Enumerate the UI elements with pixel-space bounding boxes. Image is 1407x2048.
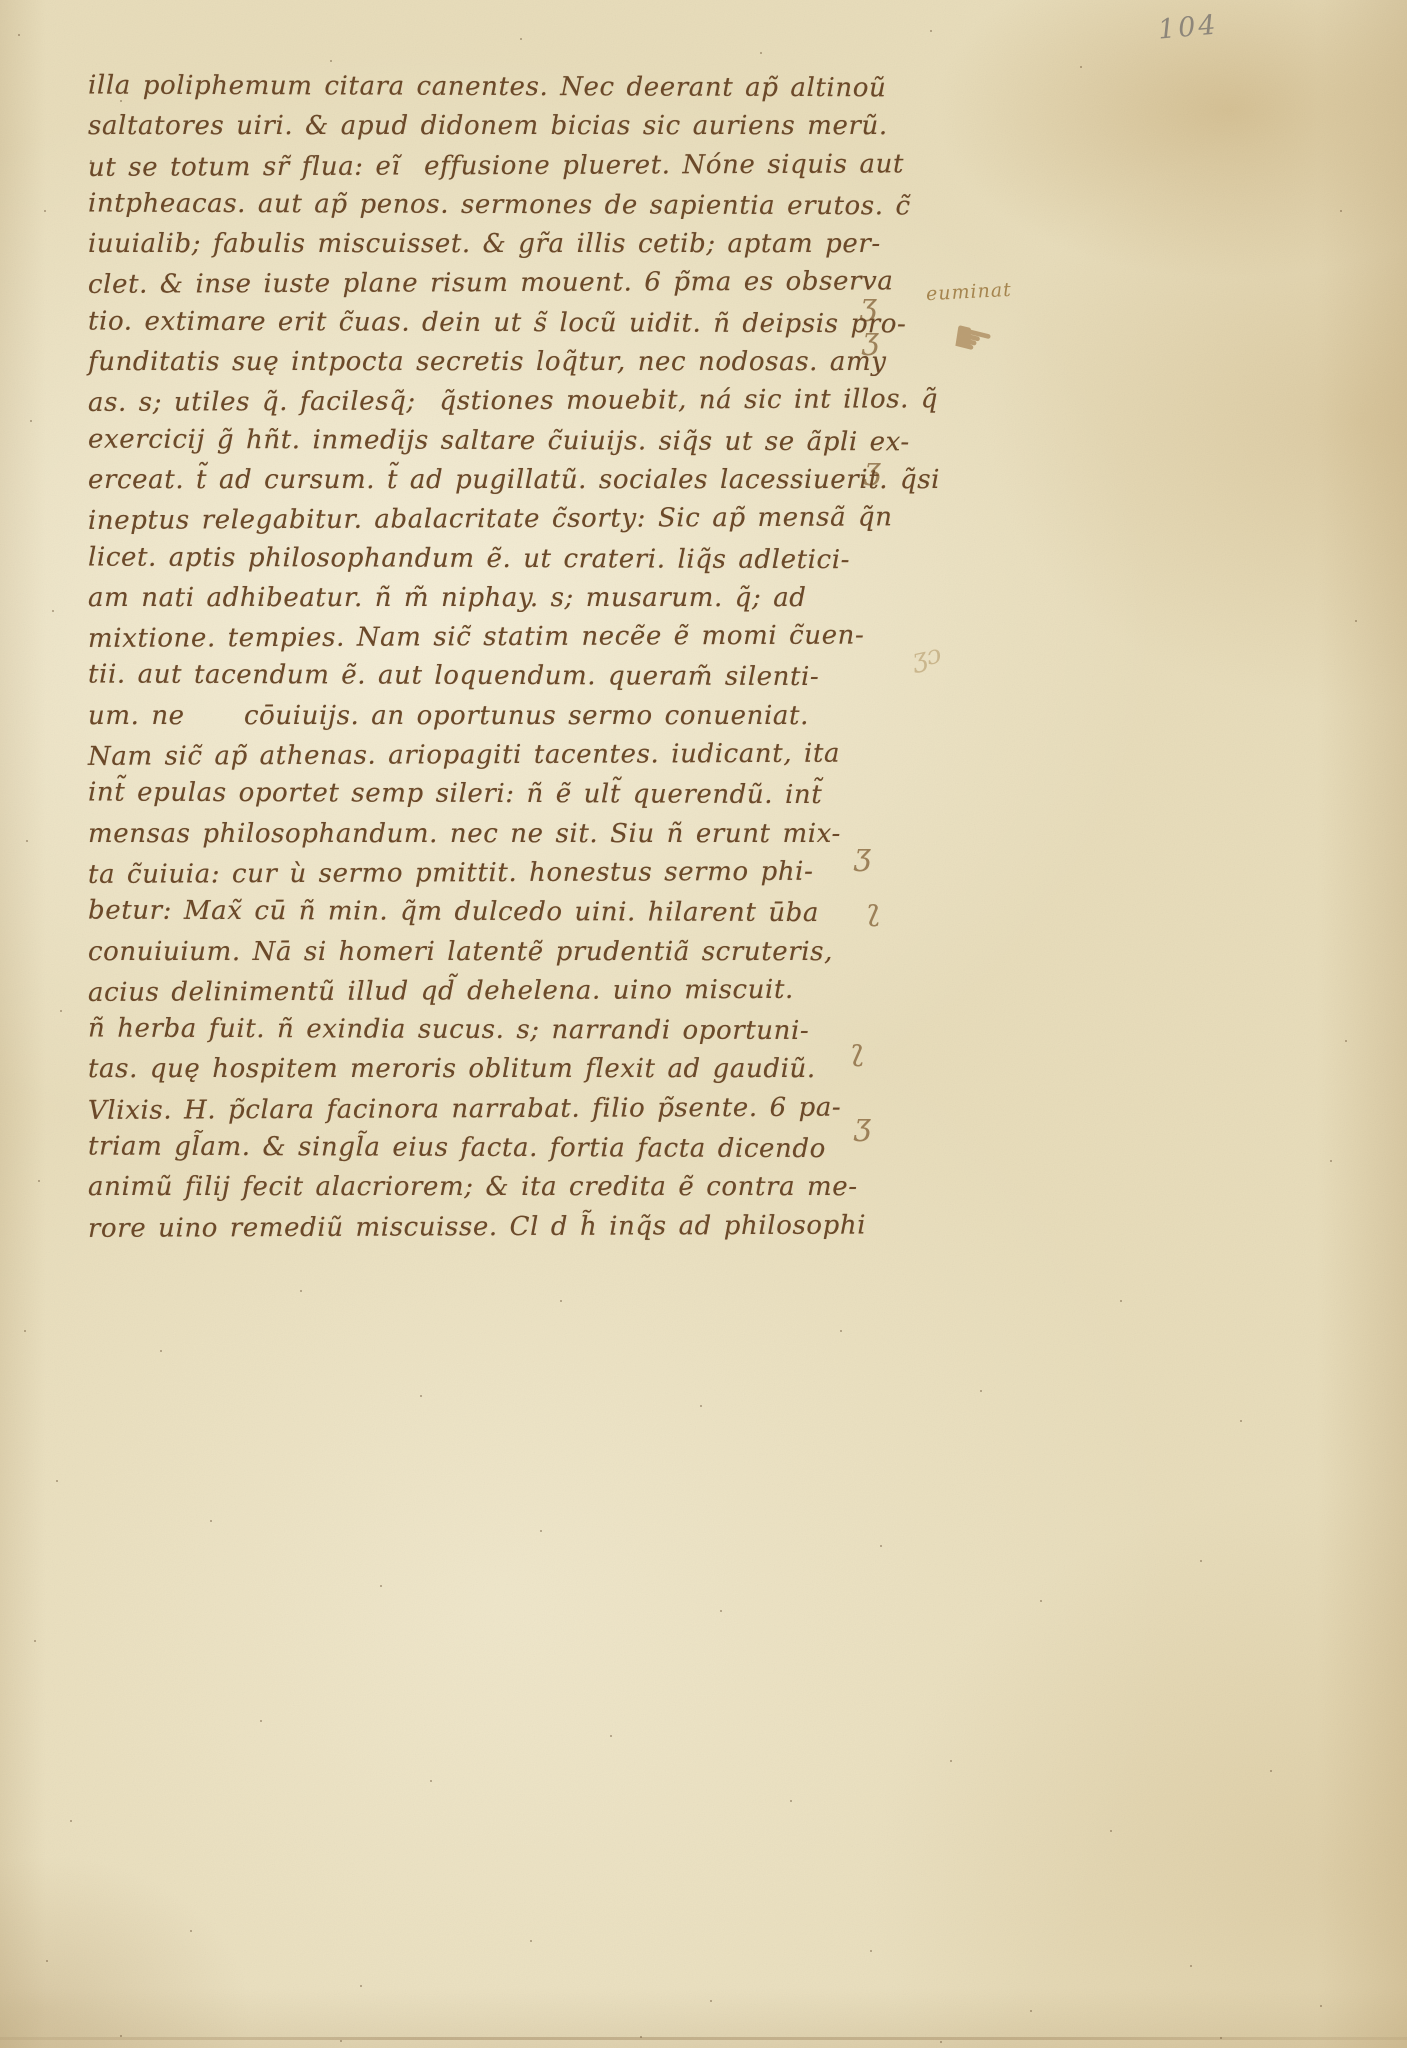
manuscript-line: betur: Max̃ cū ñ min. q̃m dulcedo uini. … (88, 896, 940, 938)
folio-number: 104 (1157, 9, 1220, 45)
manuscript-line: ineptus relegabitur. abalacritate c̃sort… (88, 502, 940, 545)
manuscript-line: int̃ epulas oportet semp sileri: ñ ẽ ult… (88, 778, 940, 820)
manuscript-line: funditatis suę intpocta secretis loq̃tur… (88, 347, 940, 386)
manuscript-line: tii. aut tacendum ẽ. aut loquendum. quer… (88, 660, 940, 702)
manuscript-line: mensas philosophandum. nec ne sit. Siu ñ… (88, 819, 940, 858)
manuscript-line: tas. quę hospitem meroris oblitum flexit… (88, 1054, 940, 1093)
manuscript-line: illa poliphemum citara canentes. Nec dee… (88, 71, 940, 113)
manuscript-line: animũ filij fecit alacriorem; & ita cred… (88, 1172, 940, 1211)
ink-specks (0, 0, 2, 2)
manuscript-line: as. s; utiles q̃. facilesq̃; q̃stiones m… (88, 385, 940, 428)
manuscript-line: exercicij g̃ hñt. inmedijs saltare c̃uiu… (88, 424, 940, 466)
manuscript-line: Nam sic̃ ap̃ athenas. ariopagiti tacente… (88, 738, 940, 781)
manuscript-line: tio. extimare erit c̃uas. dein ut s̃ loc… (88, 306, 940, 348)
manuscript-line: mixtione. tempies. Nam sic̃ statim necẽe… (88, 620, 940, 663)
manuscript-line: clet. & inse iuste plane risum mouent. 6… (88, 267, 940, 310)
text-block: illa poliphemum citara canentes. Nec dee… (88, 72, 940, 1251)
manuscript-line: ñ herba fuit. ñ exindia sucus. s; narran… (88, 1014, 940, 1056)
manuscript-line: licet. aptis philosophandum ẽ. ut crater… (88, 542, 940, 584)
manuscript-line: um. ne cōuiuijs. an oportunus sermo conu… (88, 701, 940, 740)
manuscript-line: saltatores uiri. & apud didonem bicias s… (88, 111, 940, 150)
manuscript-line: rore uino remediũ miscuisse. Cl d h̃ inq… (88, 1210, 940, 1253)
manuscript-line: intpheacas. aut ap̃ penos. sermones de s… (88, 188, 940, 230)
manuscript-line: am nati adhibeatur. ñ m̃ niphay. s; musa… (88, 583, 940, 622)
manuscript-line: iuuialib; fabulis miscuisset. & gr̃a ill… (88, 229, 940, 268)
manuscript-line: ut se totum sr̃ flua: eĩ effusione pluer… (88, 149, 940, 192)
manuscript-line: Vlixis. H. p̃clara facinora narrabat. fi… (88, 1092, 940, 1135)
manuscript-line: acius delinimentũ illud qd̃ dehelena. ui… (88, 974, 940, 1017)
manuscript-line: ta c̃uiuia: cur ù sermo pmittit. honestu… (88, 856, 940, 899)
manuscript-line: conuiuium. Nā si homeri latentẽ prudenti… (88, 937, 940, 976)
manuscript-line: erceat. t̃ ad cursum. t̃ ad pugillatũ. s… (88, 465, 940, 504)
manicule-icon: ☛ (946, 308, 999, 370)
manuscript-page: 104 euminat ☛ ʒ ʒ ʒ ʒ ʅ ʅ ʒ ʒɔ illa poli… (0, 0, 1407, 2048)
manuscript-line: triam gl̃am. & singl̃a eius facta. forti… (88, 1132, 940, 1174)
